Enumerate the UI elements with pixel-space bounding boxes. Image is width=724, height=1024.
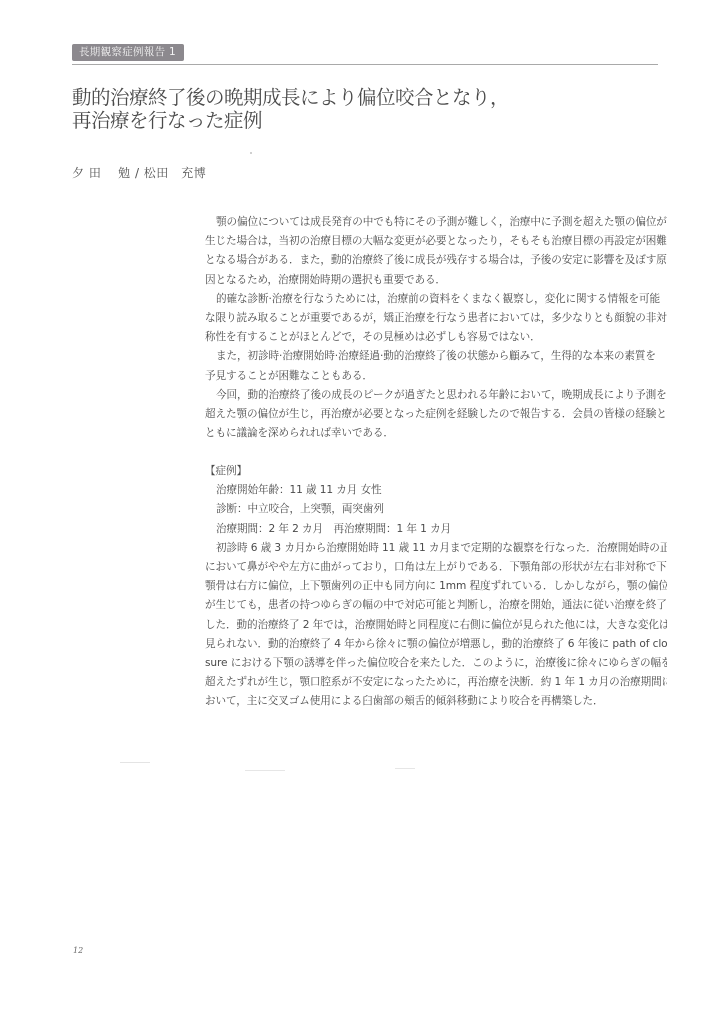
text-line: 的確な診断·治療を行なうためには，治療前の資料をくまなく観察し，変化に関する情報… bbox=[205, 290, 667, 309]
text-line: おいて，主に交叉ゴム使用による臼歯部の頬舌的傾斜移動により咬合を再構築した． bbox=[205, 692, 667, 711]
scan-speck bbox=[245, 770, 285, 771]
scan-speck bbox=[250, 152, 252, 154]
text-line: な限り読み取ることが重要であるが，矯正治療を行なう患者においては，多少なりとも顔… bbox=[205, 309, 667, 328]
text-line: また，初診時·治療開始時·治療経過·動的治療終了後の状態から顧みて，生得的な本来… bbox=[205, 347, 667, 366]
paragraph: また，初診時·治療開始時·治療経過·動的治療終了後の状態から顧みて，生得的な本来… bbox=[205, 347, 667, 385]
title-line: 再治療を行なった症例 bbox=[72, 109, 632, 132]
case-fact: 治療開始年齢：11 歳 11 カ月 女性 bbox=[205, 481, 667, 500]
text-line: 称性を有することがほとんどで，その見極めは必ずしも容易ではない． bbox=[205, 328, 667, 347]
text-line: 今回，動的治療終了後の成長のピークが過ぎたと思われる年齢において，晩期成長により… bbox=[205, 386, 667, 405]
scan-speck bbox=[120, 762, 150, 763]
text-line: 因となるため，治療開始時期の選択も重要である． bbox=[205, 271, 667, 290]
text-line: 顎骨は右方に偏位，上下顎歯列の正中も同方向に 1mm 程度ずれている．しかしなが… bbox=[205, 577, 667, 596]
article-title: 動的治療終了後の晩期成長により偏位咬合となり， 再治療を行なった症例 bbox=[72, 86, 632, 132]
text-line: sure における下顎の誘導を伴った偏位咬合を来たした．このように，治療後に徐々… bbox=[205, 654, 667, 673]
intro-section: 顎の偏位については成長発育の中でも特にその予測が難しく，治療中に予測を超えた顎の… bbox=[205, 213, 667, 443]
case-fact: 治療期間：2 年 2 カ月 再治療期間：1 年 1 カ月 bbox=[205, 520, 667, 539]
text-line: ともに議論を深められれば幸いである． bbox=[205, 424, 667, 443]
text-line: において鼻がやや左方に曲がっており，口角は左上がりである．下顎角部の形状が左右非… bbox=[205, 558, 667, 577]
case-fact: 診断：中立咬合，上突顎，両突歯列 bbox=[205, 500, 667, 519]
series-tag: 長期観察症例報告 1 bbox=[72, 44, 184, 61]
text-line: 初診時 6 歳 3 カ月から治療開始時 11 歳 11 カ月まで定期的な観察を行… bbox=[205, 539, 667, 558]
text-line: 顎の偏位については成長発育の中でも特にその予測が難しく，治療中に予測を超えた顎の… bbox=[205, 213, 667, 232]
authors: 夕 田 勉 / 松田 充博 bbox=[72, 164, 206, 181]
section-heading: 【症例】 bbox=[205, 462, 667, 481]
paragraph: 的確な診断·治療を行なうためには，治療前の資料をくまなく観察し，変化に関する情報… bbox=[205, 290, 667, 348]
scan-speck bbox=[395, 768, 415, 769]
text-line: 予見することが困難なこともある． bbox=[205, 367, 667, 386]
text-line: 超えた顎の偏位が生じ，再治療が必要となった症例を経験したので報告する．会員の皆様… bbox=[205, 405, 667, 424]
text-line: した．動的治療終了 2 年では，治療開始時と同程度に右側に偏位が見られた他には，… bbox=[205, 616, 667, 635]
text-line: 見られない．動的治療終了 4 年から徐々に顎の偏位が増悪し，動的治療終了 6 年… bbox=[205, 635, 667, 654]
title-line: 動的治療終了後の晩期成長により偏位咬合となり， bbox=[72, 86, 632, 109]
text-line: となる場合がある．また，動的治療終了後に成長が残存する場合は，予後の安定に影響を… bbox=[205, 251, 667, 270]
page-number: 12 bbox=[73, 946, 83, 955]
text-line: 超えたずれが生じ，顎口腔系が不安定になったために，再治療を決断．約 1 年 1 … bbox=[205, 673, 667, 692]
header-divider bbox=[72, 64, 658, 65]
text-line: が生じても，患者の持つゆらぎの幅の中で対応可能と判断し，治療を開始，通法に従い治… bbox=[205, 596, 667, 615]
text-line: 生じた場合は，当初の治療目標の大幅な変更が必要となったり，そもそも治療目標の再設… bbox=[205, 232, 667, 251]
paragraph: 顎の偏位については成長発育の中でも特にその予測が難しく，治療中に予測を超えた顎の… bbox=[205, 213, 667, 290]
paragraph: 今回，動的治療終了後の成長のピークが過ぎたと思われる年齢において，晩期成長により… bbox=[205, 386, 667, 444]
case-section: 【症例】 治療開始年齢：11 歳 11 カ月 女性 診断：中立咬合，上突顎，両突… bbox=[205, 462, 667, 712]
